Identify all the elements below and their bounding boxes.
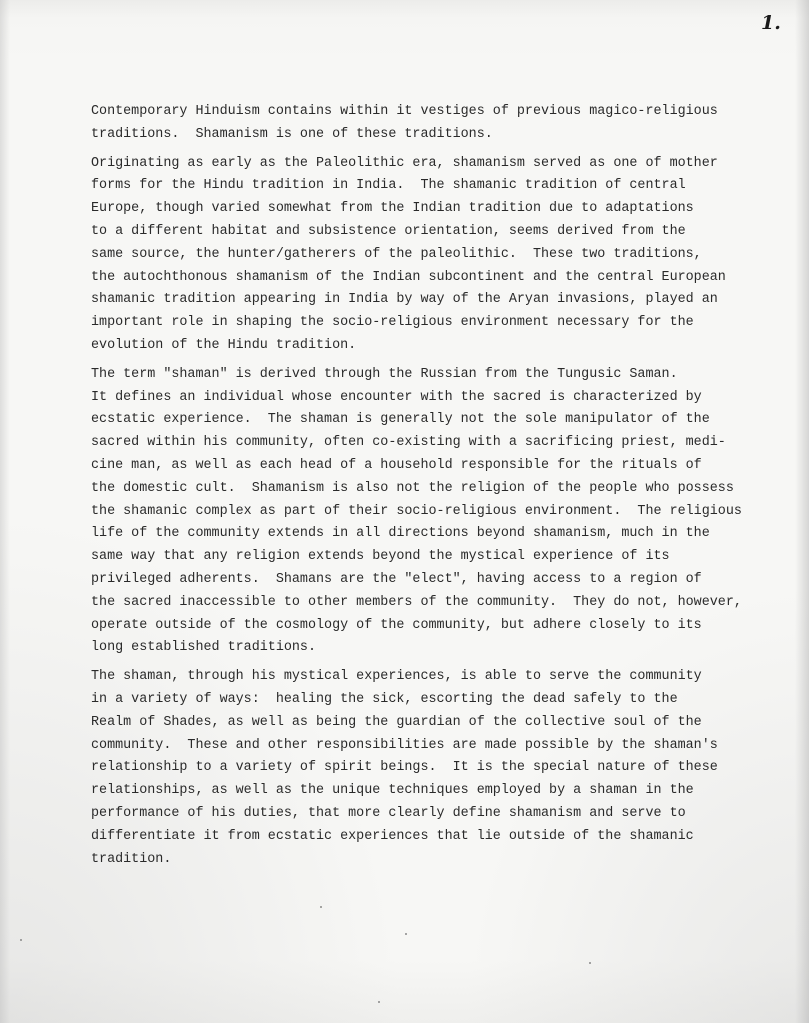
text-line: the autochthonous shamanism of the India… <box>91 267 791 290</box>
text-line: life of the community extends in all dir… <box>91 523 791 546</box>
text-line: performance of his duties, that more cle… <box>91 803 791 826</box>
scan-speck <box>20 939 22 941</box>
text-line: differentiate it from ecstatic experienc… <box>91 826 791 849</box>
document-page: 1. Contemporary Hinduism contains within… <box>0 0 809 1023</box>
text-line: forms for the Hindu tradition in India. … <box>91 175 791 198</box>
paragraph-4: The shaman, through his mystical experie… <box>91 666 791 871</box>
text-line: important role in shaping the socio-reli… <box>91 312 791 335</box>
paragraph-1: Contemporary Hinduism contains within it… <box>91 101 791 147</box>
text-line: sacred within his community, often co-ex… <box>91 432 791 455</box>
text-line: to a different habitat and subsistence o… <box>91 221 791 244</box>
scan-edge-right <box>795 0 809 1023</box>
text-line: ecstatic experience. The shaman is gener… <box>91 409 791 432</box>
scan-speck <box>405 933 407 935</box>
text-line: community. These and other responsibilit… <box>91 735 791 758</box>
scan-edge-left <box>0 0 10 1023</box>
text-line: Europe, though varied somewhat from the … <box>91 198 791 221</box>
document-body: Contemporary Hinduism contains within it… <box>91 101 791 877</box>
text-line: long established traditions. <box>91 637 791 660</box>
text-line: the shamanic complex as part of their so… <box>91 501 791 524</box>
text-line: the sacred inaccessible to other members… <box>91 592 791 615</box>
text-line: same source, the hunter/gatherers of the… <box>91 244 791 267</box>
text-line: traditions. Shamanism is one of these tr… <box>91 124 791 147</box>
scan-speck <box>320 906 322 908</box>
text-line: relationship to a variety of spirit bein… <box>91 757 791 780</box>
text-line: in a variety of ways: healing the sick, … <box>91 689 791 712</box>
scan-speck <box>378 1001 380 1003</box>
text-line: The term "shaman" is derived through the… <box>91 364 791 387</box>
scan-speck <box>589 962 591 964</box>
text-line: Realm of Shades, as well as being the gu… <box>91 712 791 735</box>
text-line: the domestic cult. Shamanism is also not… <box>91 478 791 501</box>
text-line: shamanic tradition appearing in India by… <box>91 289 791 312</box>
text-line: It defines an individual whose encounter… <box>91 387 791 410</box>
text-line: Originating as early as the Paleolithic … <box>91 153 791 176</box>
text-line: evolution of the Hindu tradition. <box>91 335 791 358</box>
page-number: 1. <box>761 12 781 34</box>
paragraph-2: Originating as early as the Paleolithic … <box>91 153 791 358</box>
text-line: cine man, as well as each head of a hous… <box>91 455 791 478</box>
text-line: tradition. <box>91 849 791 872</box>
text-line: Contemporary Hinduism contains within it… <box>91 101 791 124</box>
text-line: privileged adherents. Shamans are the "e… <box>91 569 791 592</box>
paragraph-3: The term "shaman" is derived through the… <box>91 364 791 660</box>
text-line: same way that any religion extends beyon… <box>91 546 791 569</box>
text-line: relationships, as well as the unique tec… <box>91 780 791 803</box>
text-line: operate outside of the cosmology of the … <box>91 615 791 638</box>
text-line: The shaman, through his mystical experie… <box>91 666 791 689</box>
